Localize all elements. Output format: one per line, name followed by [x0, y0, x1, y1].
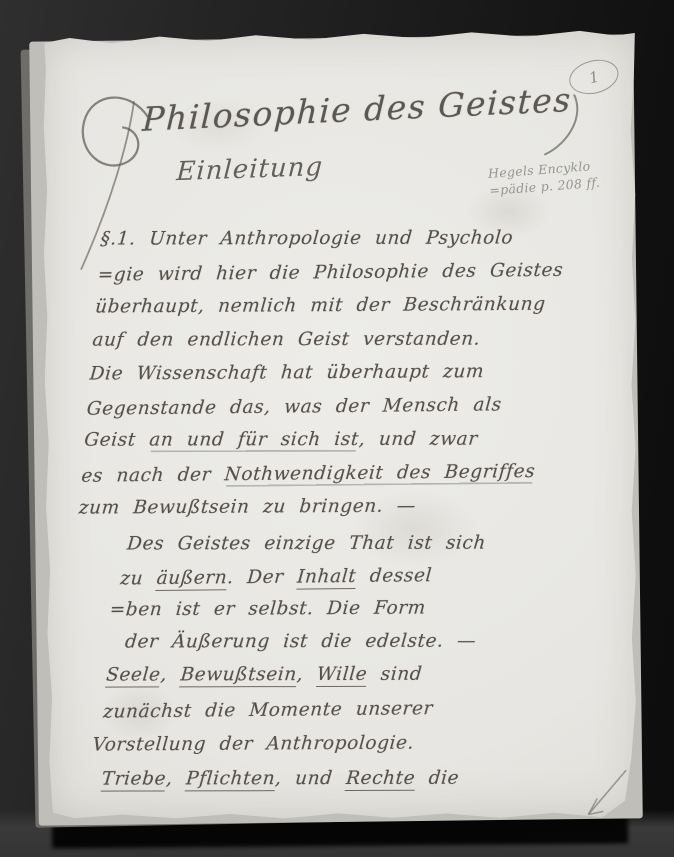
text-segment: =ben ist er selbst. Die Form	[109, 597, 427, 620]
underlined-text: Inhalt	[296, 565, 357, 589]
text-segment: Geist	[83, 429, 150, 450]
manuscript-paragraph-3: Seele, Bewußtsein, Wille sindzunächst di…	[86, 656, 612, 797]
text-segment: ,	[296, 664, 318, 685]
manuscript-line: zum Bewußtsein zu bringen. —	[77, 488, 595, 525]
underlined-text: Pflichten	[185, 768, 276, 791]
manuscript-line: Vorstellung der Anthropologie.	[91, 725, 607, 763]
underlined-text: Nothwendigkeit des Begriffes	[224, 460, 536, 484]
underlined-text: Rechte	[345, 767, 416, 790]
text-segment: die	[414, 767, 460, 788]
manuscript-line: der Äußerung ist die edelste. —	[124, 625, 604, 659]
manuscript-line: überhaupt, nemlich mit der Beschränkung	[94, 287, 612, 324]
text-segment: überhaupt, nemlich mit der Beschränkung	[94, 294, 546, 318]
manuscript-paragraph-1: §.1. Unter Anthropologie und Psycholo=gi…	[77, 220, 617, 525]
manuscript-page: 1 Philosophie des Geistes Einleitung Heg…	[40, 28, 645, 824]
underlined-text: Seele	[105, 664, 161, 687]
page-number: 1	[587, 67, 601, 87]
text-segment: sind	[366, 664, 423, 685]
text-segment: dessel	[356, 565, 433, 587]
text-segment: zum Bewußtsein zu bringen. —	[78, 496, 417, 519]
section-heading: Einleitung	[176, 152, 324, 187]
underlined-text: Bewußtsein	[180, 664, 298, 687]
manuscript-line: auf den endlichen Geist verstanden.	[91, 322, 609, 357]
text-segment: ,	[165, 768, 187, 789]
text-segment: , und zwar	[358, 429, 479, 450]
manuscript-paragraph-2: Des Geistes einzige That ist sichzu äuße…	[86, 526, 612, 659]
manuscript-line: Die Wissenschaft hat überhaupt zum	[88, 354, 606, 391]
text-segment: , und	[274, 767, 347, 788]
text-segment: Gegenstande das, was der Mensch als	[86, 394, 503, 419]
manuscript-line: Triebe, Pflichten, und Rechte die	[100, 761, 604, 797]
text-segment: §.1. Unter Anthropologie und Psycholo	[100, 227, 514, 249]
text-segment: Die Wissenschaft hat überhaupt zum	[89, 361, 485, 384]
manuscript-line: Geist an und für sich ist, und zwar	[83, 422, 601, 457]
text-segment: auf den endlichen Geist verstanden.	[92, 328, 482, 350]
manuscript-line: =ben ist er selbst. Die Form	[108, 591, 606, 627]
manuscript-line: zu äußern. Der Inhalt dessel	[119, 558, 609, 596]
underlined-text: äußern	[156, 567, 228, 591]
text-segment: . Der	[226, 566, 298, 588]
title-end-flourish-icon	[540, 91, 586, 161]
text-segment: es nach der	[81, 464, 226, 487]
manuscript-line: Gegenstande das, was der Mensch als	[86, 387, 604, 426]
text-segment: der Äußerung ist die edelste. —	[124, 630, 477, 652]
underlined-text: Wille	[316, 664, 368, 687]
manuscript-line: Seele, Bewußtsein, Wille sind	[105, 657, 613, 693]
manuscript-line: =gie wird hier die Philosophie des Geist…	[96, 253, 614, 292]
text-segment: Des Geistes einzige That ist sich	[126, 533, 487, 555]
page-title: Philosophie des Geistes	[141, 80, 572, 139]
manuscript-line: zunächst die Momente unserer	[102, 690, 610, 730]
text-segment: Vorstellung der Anthropologie.	[92, 733, 415, 756]
manuscript-line: Des Geistes einzige That ist sich	[126, 527, 612, 561]
manuscript-line: es nach der Nothwendigkeit des Begriffes	[80, 454, 598, 493]
text-segment: =gie wird hier die Philosophie des Geist…	[97, 259, 564, 285]
text-segment: zunächst die Momente unserer	[102, 698, 433, 722]
text-segment: ,	[160, 664, 182, 685]
underlined-text: Triebe	[101, 768, 167, 791]
underlined-text: an und für sich ist	[148, 429, 359, 451]
photo-backdrop: 1 Philosophie des Geistes Einleitung Heg…	[0, 0, 674, 857]
text-segment: zu	[120, 568, 158, 589]
manuscript-line: §.1. Unter Anthropologie und Psycholo	[99, 221, 617, 256]
